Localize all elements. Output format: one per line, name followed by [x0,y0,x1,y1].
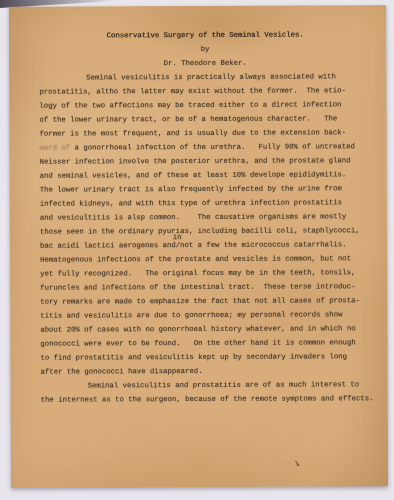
text-line: prostatitis, altho the latter may exist … [39,84,371,99]
document-content: Conservative Surgery of the Seminal Vesi… [39,28,373,407]
text-line: logy of the two affections may be traced… [39,98,371,113]
text-line: those seen in the ordinary pyurias, incl… [40,224,372,239]
document-title: Conservative Surgery of the Seminal Vesi… [39,28,371,43]
text-line: of the lower urinary tract, or be of a h… [39,112,371,127]
text-line: tory remarks are made to emphasize the f… [40,294,372,309]
text-line: and seminal vesicles, and of these at le… [40,168,372,183]
document-byline: by [39,42,371,57]
pencil-arrow-mark: ↘ [292,455,302,470]
text-line: Seminal vesiculitis is practically alway… [39,70,371,85]
photo-of-typewritten-page: Conservative Surgery of the Seminal Vesi… [0,0,394,500]
text-line: bac acidi lactici aerogenes and/innot a … [40,238,372,253]
text-line: yet fully recognized. The original focus… [40,266,372,281]
text-line: The lower urinary tract is also frequent… [40,182,372,197]
insertion-caret: /in [176,242,180,250]
text-line: furuncles and infections of the intestin… [40,280,372,295]
text-line: ward of a gonorrhoeal infection of the u… [40,140,372,155]
text-line: titis and vesiculitis are due to gonorrh… [40,308,372,323]
text-line: former is the most frequent, and is usua… [39,126,371,141]
text-line: and vesicultitis is alsp common. The cau… [40,210,372,225]
document-body: Seminal vesiculitis is practically alway… [39,70,372,407]
text-line: Hematogenous infections of the prostate … [40,252,372,267]
text-line: the internest as to the surgeon, because… [41,392,373,407]
smudged-text: ward of [40,145,71,153]
text-line: Seminal vesiculitis and prostatitis are … [41,378,373,393]
text-line: gonococci were ever to be found. On the … [40,336,372,351]
text-line: to find prostatitis and vesiculitis kept… [40,350,372,365]
document-page: Conservative Surgery of the Seminal Vesi… [9,5,388,488]
document-author: Dr. Theodore Beker. [39,56,371,71]
text-line: after the gonococci have disappeared. [41,364,373,379]
text-line: infected kidneys, and with this type of … [40,196,372,211]
text-line: about 20% of cases with no gonorrhoeal h… [40,322,372,337]
inserted-word: in [173,234,182,242]
text-line: Neisser infection involve the posterior … [40,154,372,169]
